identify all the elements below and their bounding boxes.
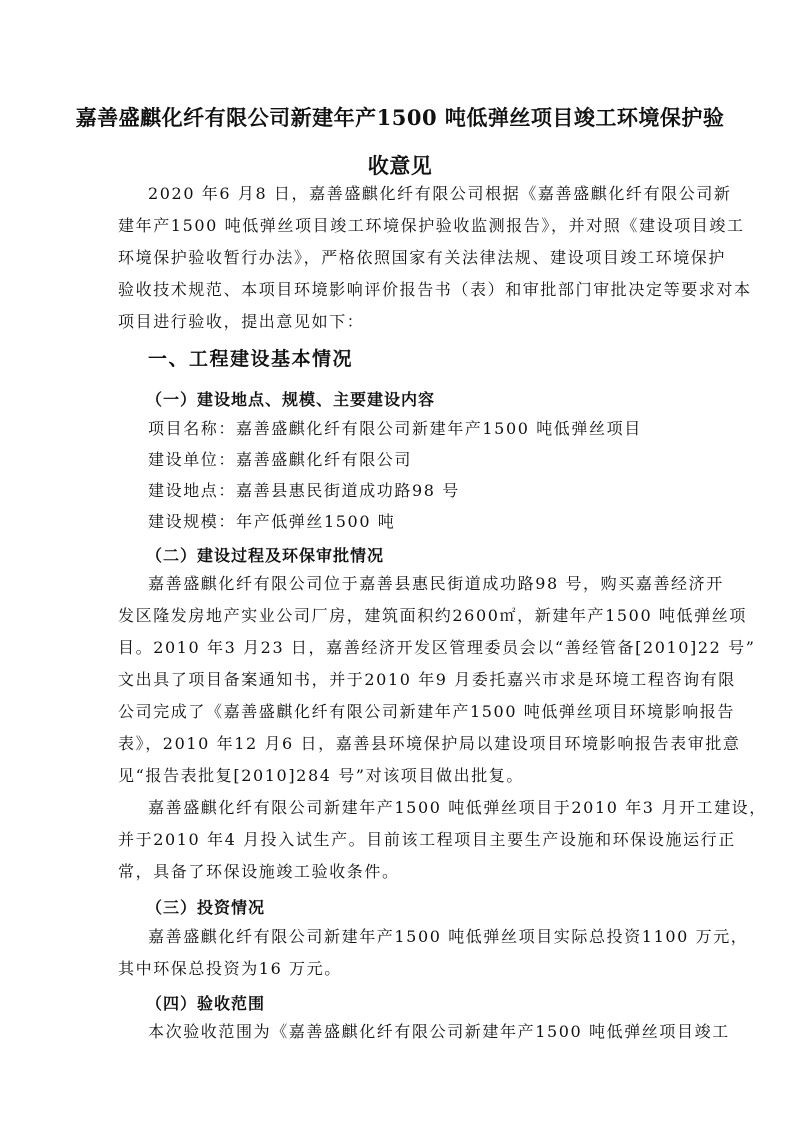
subsection-heading-2: （二）建设过程及环保审批情况	[146, 543, 384, 566]
document-title-line-2: 收意见	[0, 150, 800, 180]
process-para-line-1: 嘉善盛麒化纤有限公司位于嘉善县惠民街道成功路98 号，购买嘉善经济开	[148, 573, 718, 595]
subsection-heading-3: （三）投资情况	[146, 895, 265, 918]
status-para-line-2: 并于2010 年4 月投入试生产。目前该工程项目主要生产设施和环保设施运行正	[118, 829, 688, 851]
intro-line-5: 项目进行验收，提出意见如下：	[118, 311, 688, 333]
investment-line-1: 嘉善盛麒化纤有限公司新建年产1500 吨低弹丝项目实际总投资1100 万元，	[148, 926, 718, 948]
investment-line-2: 其中环保总投资为16 万元。	[118, 958, 688, 980]
process-para-line-3: 目。2010 年3 月23 日，嘉善经济开发区管理委员会以“善经管备[2010]…	[118, 637, 688, 659]
document-title-line-1: 嘉善盛麒化纤有限公司新建年产1500 吨低弹丝项目竣工环境保护验	[0, 102, 800, 132]
construction-unit-line: 建设单位：嘉善盛麒化纤有限公司	[148, 449, 718, 471]
intro-line-3: 环境保护验收暂行办法》，严格依照国家有关法律法规、建设项目竣工环境保护	[118, 247, 688, 269]
process-para-line-5: 公司完成了《嘉善盛麒化纤有限公司新建年产1500 吨低弹丝项目环境影响报告	[118, 701, 688, 723]
project-name-line: 项目名称：嘉善盛麒化纤有限公司新建年产1500 吨低弹丝项目	[148, 418, 718, 440]
process-para-line-2: 发区隆发房地产实业公司厂房，建筑面积约2600㎡，新建年产1500 吨低弹丝项	[118, 605, 688, 627]
scope-line-1: 本次验收范围为《嘉善盛麒化纤有限公司新建年产1500 吨低弹丝项目竣工	[148, 1021, 718, 1043]
construction-site-line: 建设地点：嘉善县惠民街道成功路98 号	[148, 480, 718, 502]
section-heading-1: 一、工程建设基本情况	[148, 344, 353, 371]
status-para-line-1: 嘉善盛麒化纤有限公司新建年产1500 吨低弹丝项目于2010 年3 月开工建设，	[148, 797, 718, 819]
status-para-line-3: 常，具备了环保设施竣工验收条件。	[118, 861, 688, 883]
intro-line-1: 2020 年6 月8 日，嘉善盛麒化纤有限公司根据《嘉善盛麒化纤有限公司新	[148, 183, 718, 205]
subsection-heading-1: （一）建设地点、规模、主要建设内容	[146, 387, 435, 410]
subsection-heading-4: （四）验收范围	[146, 991, 265, 1014]
intro-line-4: 验收技术规范、本项目环境影响评价报告书（表）和审批部门审批决定等要求对本	[118, 279, 688, 301]
construction-scale-line: 建设规模：年产低弹丝1500 吨	[148, 511, 718, 533]
intro-line-2: 建年产1500 吨低弹丝项目竣工环境保护验收监测报告》，并对照《建设项目竣工	[118, 215, 688, 237]
process-para-line-4: 文出具了项目备案通知书，并于2010 年9 月委托嘉兴市求是环境工程咨询有限	[118, 669, 688, 691]
document-page: 嘉善盛麒化纤有限公司新建年产1500 吨低弹丝项目竣工环境保护验 收意见 202…	[0, 0, 800, 1131]
process-para-line-6: 表》，2010 年12 月6 日，嘉善县环境保护局以建设项目环境影响报告表审批意	[118, 733, 688, 755]
process-para-line-7: 见“报告表批复[2010]284 号”对该项目做出批复。	[118, 765, 688, 787]
